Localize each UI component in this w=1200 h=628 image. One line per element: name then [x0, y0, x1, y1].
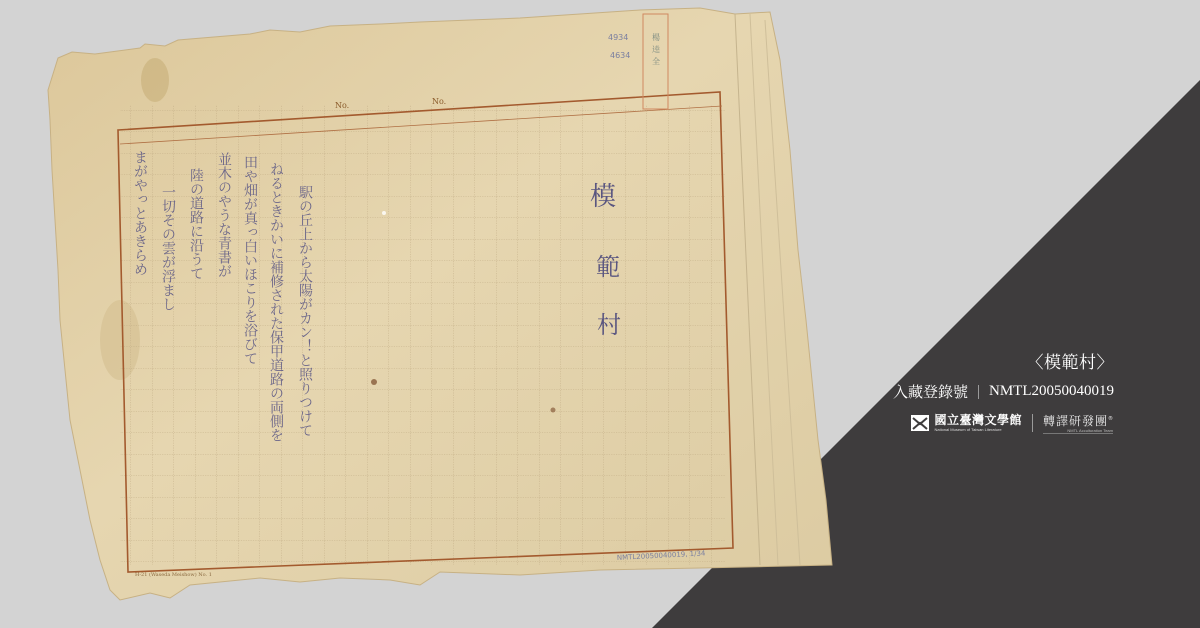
team-name-cn: 轉譯研發團®	[1043, 412, 1114, 428]
nmtl-name-cn: 國立臺灣文學館	[934, 414, 1022, 427]
svg-text:駅の丘上から太陽がカン！と照りつけて: 駅の丘上から太陽がカン！と照りつけて	[297, 185, 314, 437]
nmtl-logo: 國立臺灣文學館 National Museum of Taiwan Litera…	[911, 414, 1022, 432]
work-title: 〈模範村〉	[893, 348, 1114, 373]
svg-text:村: 村	[597, 311, 621, 339]
nmtl-mark-icon	[911, 415, 929, 431]
svg-text:まがやっとあきらめ: まがやっとあきらめ	[132, 150, 148, 276]
svg-text:4634: 4634	[610, 51, 630, 60]
svg-text:ねるときかいに補修された保甲道路の両側を: ねるときかいに補修された保甲道路の両側を	[268, 162, 284, 442]
footer-print-text: H-21 (Waseda Meishow) No. 1	[135, 571, 212, 578]
svg-text:模: 模	[590, 182, 616, 212]
logo-row: 國立臺灣文學館 National Museum of Taiwan Litera…	[893, 412, 1114, 434]
logo-divider	[1032, 414, 1033, 432]
svg-text:全: 全	[652, 56, 660, 66]
header-no-1: No.	[335, 101, 349, 110]
svg-text:楊: 楊	[652, 32, 660, 42]
svg-text:範: 範	[596, 253, 620, 281]
svg-text:陸の道路に沿うて: 陸の道路に沿うて	[188, 167, 204, 280]
accession-number: NMTL20050040019	[989, 383, 1114, 400]
manuscript-image: No. No. 楊 逵 全 4934 4634 模 範 村 駅の丘上から太陽がカ…	[0, 0, 1200, 628]
accession-label: 入藏登錄號	[893, 381, 968, 402]
svg-text:並木のやうな青書が: 並木のやうな青書が	[216, 152, 232, 278]
nmtl-name-en: National Museum of Taiwan Literature	[934, 427, 1001, 432]
team-name-en: NMTL Acculturation Team	[1043, 428, 1113, 434]
svg-text:一切その雲が浮まし: 一切その雲が浮まし	[160, 185, 176, 311]
caption-block: 〈模範村〉 入藏登錄號 NMTL20050040019 國立臺灣文學館 Nati…	[893, 348, 1114, 434]
header-no-2: No.	[432, 97, 446, 106]
accession-line: 入藏登錄號 NMTL20050040019	[893, 381, 1114, 402]
team-logo: 轉譯研發團® NMTL Acculturation Team	[1043, 412, 1114, 434]
svg-text:4934: 4934	[608, 33, 628, 42]
svg-text:逵: 逵	[652, 44, 660, 54]
divider	[978, 385, 979, 399]
svg-text:田や畑が真っ白いほこりを浴びて: 田や畑が真っ白いほこりを浴びて	[242, 155, 258, 365]
